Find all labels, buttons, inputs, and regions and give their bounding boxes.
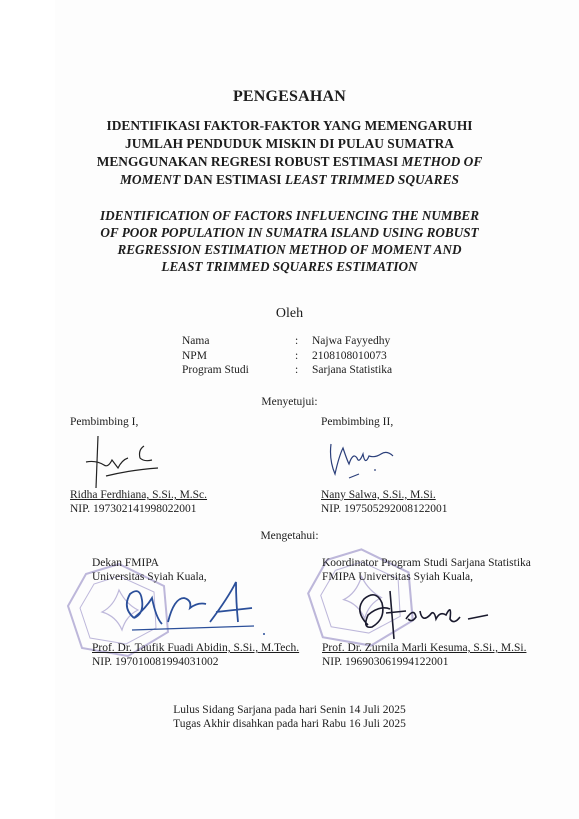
defense-date: Lulus Sidang Sarjana pada hari Senin 14 … <box>0 703 579 717</box>
supervisor1-info: Ridha Ferdhiana, S.Si., M.Sc. NIP. 19730… <box>70 488 207 516</box>
approval-heading: Menyetujui: <box>0 396 579 408</box>
page-heading: PENGESAHAN <box>0 88 579 106</box>
supervisor1-nip: NIP. 197302141998022001 <box>70 502 207 516</box>
supervisor2-role: Pembimbing II, <box>321 415 393 429</box>
info-row-name: Nama:Najwa Fayyedhy <box>182 334 392 349</box>
coordinator-nip: NIP. 196903061994122001 <box>322 655 526 669</box>
dean-info: Prof. Dr. Taufik Fuadi Abidin, S.Si., M.… <box>92 641 299 669</box>
approval-date: Tugas Akhir disahkan pada hari Rabu 16 J… <box>0 717 579 731</box>
dean-signature-icon <box>112 578 272 642</box>
supervisor2-name: Nany Salwa, S.Si., M.Si. <box>321 488 448 502</box>
supervisor1-role: Pembimbing I, <box>70 415 138 429</box>
info-row-program: Program Studi:Sarjana Statistika <box>182 363 392 378</box>
student-info: Nama:Najwa Fayyedhy NPM:2108108010073 Pr… <box>182 334 392 378</box>
by-label: Oleh <box>0 306 579 322</box>
title-indonesian: IDENTIFIKASI FAKTOR-FAKTOR YANG MEMENGAR… <box>0 117 579 189</box>
supervisor2-info: Nany Salwa, S.Si., M.Si. NIP. 1975052920… <box>321 488 448 516</box>
info-row-npm: NPM:2108108010073 <box>182 349 392 364</box>
dean-name: Prof. Dr. Taufik Fuadi Abidin, S.Si., M.… <box>92 641 299 655</box>
footer-dates: Lulus Sidang Sarjana pada hari Senin 14 … <box>0 703 579 731</box>
supervisor2-signature-icon <box>325 440 405 484</box>
coordinator-name: Prof. Dr. Zurnila Marli Kesuma, S.Si., M… <box>322 641 526 655</box>
dean-nip: NIP. 197010081994031002 <box>92 655 299 669</box>
supervisor1-signature-icon <box>82 432 172 490</box>
coordinator-role: Koordinator Program Studi Sarjana Statis… <box>322 556 531 584</box>
coordinator-info: Prof. Dr. Zurnila Marli Kesuma, S.Si., M… <box>322 641 526 669</box>
supervisor2-nip: NIP. 197505292008122001 <box>321 502 448 516</box>
title-english: IDENTIFICATION OF FACTORS INFLUENCING TH… <box>0 207 579 275</box>
acknowledgement-heading: Mengetahui: <box>0 530 579 542</box>
coordinator-signature-icon <box>350 585 500 647</box>
supervisor1-name: Ridha Ferdhiana, S.Si., M.Sc. <box>70 488 207 502</box>
